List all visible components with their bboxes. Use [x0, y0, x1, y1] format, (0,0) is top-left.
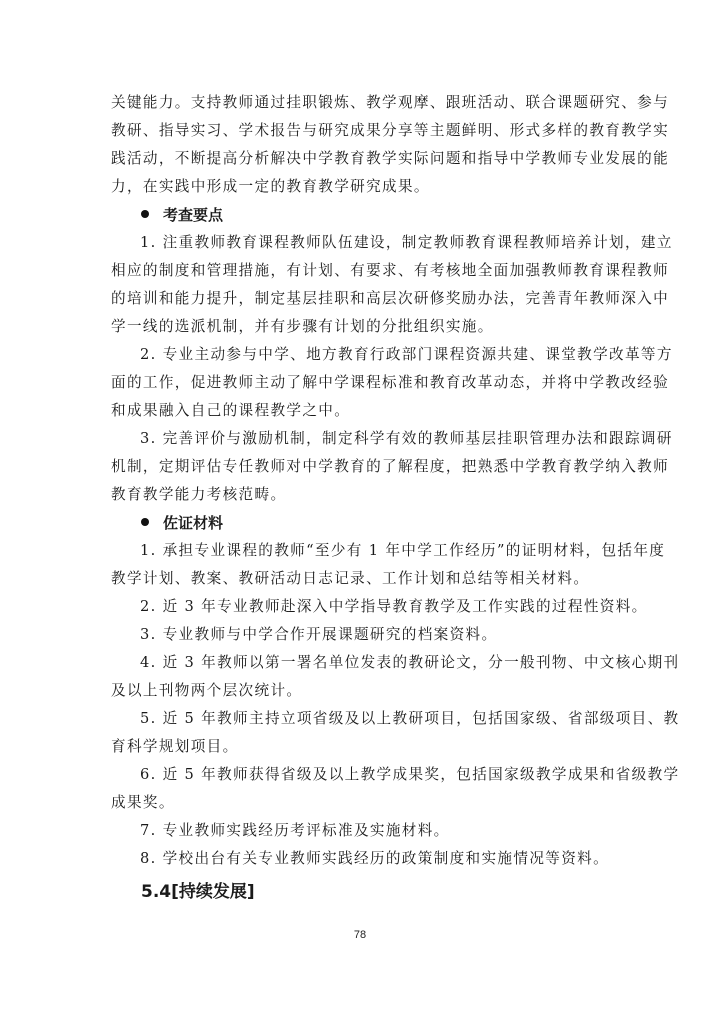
text-line: 4. 近 3 年教师以第一署名单位发表的教研论文，分一般刊物、中文核心期刊	[111, 649, 614, 677]
intro-paragraph: 关键能力。支持教师通过挂职锻炼、教学观摩、跟班活动、联合课题研究、参与 教研、指…	[111, 89, 614, 201]
text-line: 及以上刊物两个层次统计。	[111, 677, 614, 705]
text-line: 成果奖。	[111, 789, 614, 817]
evidence-heading: 佐证材料	[111, 509, 614, 537]
text-line: 3. 完善评价与激励机制，制定科学有效的教师基层挂职管理办法和跟踪调研	[111, 425, 614, 453]
text-line: 关键能力。支持教师通过挂职锻炼、教学观摩、跟班活动、联合课题研究、参与	[111, 89, 614, 117]
key-point-1: 1. 注重教师教育课程教师队伍建设，制定教师教育课程教师培养计划，建立 相应的制…	[111, 229, 614, 341]
document-page: 关键能力。支持教师通过挂职锻炼、教学观摩、跟班活动、联合课题研究、参与 教研、指…	[111, 89, 614, 909]
text-line: 8. 学校出台有关专业教师实践经历的政策制度和实施情况等资料。	[111, 845, 614, 873]
evidence-item-1: 1. 承担专业课程的教师“至少有 1 年中学工作经历”的证明材料，包括年度 教学…	[111, 537, 614, 593]
text-line: 和成果融入自己的课程教学之中。	[111, 397, 614, 425]
text-line: 相应的制度和管理措施，有计划、有要求、有考核地全面加强教师教育课程教师	[111, 257, 614, 285]
text-line: 7. 专业教师实践经历考评标准及实施材料。	[111, 817, 614, 845]
key-point-3: 3. 完善评价与激励机制，制定科学有效的教师基层挂职管理办法和跟踪调研 机制，定…	[111, 425, 614, 509]
evidence-item-5: 5. 近 5 年教师主持立项省级及以上教研项目，包括国家级、省部级项目、教 育科…	[111, 705, 614, 761]
page-number: 78	[0, 929, 720, 941]
text-line: 6. 近 5 年教师获得省级及以上教学成果奖，包括国家级教学成果和省级教学	[111, 761, 614, 789]
text-line: 教学计划、教案、教研活动日志记录、工作计划和总结等相关材料。	[111, 565, 614, 593]
evidence-item-2: 2. 近 3 年专业教师赴深入中学指导教育教学及工作实践的过程性资料。	[111, 593, 614, 621]
text-line: 教育教学能力考核范畴。	[111, 481, 614, 509]
text-line: 2. 近 3 年专业教师赴深入中学指导教育教学及工作实践的过程性资料。	[111, 593, 614, 621]
evidence-item-8: 8. 学校出台有关专业教师实践经历的政策制度和实施情况等资料。	[111, 845, 614, 873]
text-line: 的培训和能力提升，制定基层挂职和高层次研修奖励办法，完善青年教师深入中	[111, 285, 614, 313]
text-line: 力，在实践中形成一定的教育教学研究成果。	[111, 173, 614, 201]
text-line: 5. 近 5 年教师主持立项省级及以上教研项目，包括国家级、省部级项目、教	[111, 705, 614, 733]
evidence-item-3: 3. 专业教师与中学合作开展课题研究的档案资料。	[111, 621, 614, 649]
bullet-icon	[141, 210, 149, 218]
text-line: 机制，定期评估专任教师对中学教育的了解程度，把熟悉中学教育教学纳入教师	[111, 453, 614, 481]
text-line: 2. 专业主动参与中学、地方教育行政部门课程资源共建、课堂教学改革等方	[111, 341, 614, 369]
key-point-2: 2. 专业主动参与中学、地方教育行政部门课程资源共建、课堂教学改革等方 面的工作…	[111, 341, 614, 425]
text-line: 学一线的选派机制，并有步骤有计划的分批组织实施。	[111, 313, 614, 341]
evidence-item-4: 4. 近 3 年教师以第一署名单位发表的教研论文，分一般刊物、中文核心期刊 及以…	[111, 649, 614, 705]
key-points-heading: 考查要点	[111, 201, 614, 229]
evidence-item-7: 7. 专业教师实践经历考评标准及实施材料。	[111, 817, 614, 845]
text-line: 1. 注重教师教育课程教师队伍建设，制定教师教育课程教师培养计划，建立	[111, 229, 614, 257]
text-line: 践活动，不断提高分析解决中学教育教学实际问题和指导中学教师专业发展的能	[111, 145, 614, 173]
text-line: 面的工作，促进教师主动了解中学课程标准和教育改革动态，并将中学教改经验	[111, 369, 614, 397]
text-line: 育科学规划项目。	[111, 733, 614, 761]
text-line: 1. 承担专业课程的教师“至少有 1 年中学工作经历”的证明材料，包括年度	[111, 537, 614, 565]
evidence-item-6: 6. 近 5 年教师获得省级及以上教学成果奖，包括国家级教学成果和省级教学 成果…	[111, 761, 614, 817]
text-line: 3. 专业教师与中学合作开展课题研究的档案资料。	[111, 621, 614, 649]
section-heading: 5.4[持续发展]	[111, 877, 614, 909]
text-line: 教研、指导实习、学术报告与研究成果分享等主题鲜明、形式多样的教育教学实	[111, 117, 614, 145]
bullet-icon	[141, 518, 149, 526]
